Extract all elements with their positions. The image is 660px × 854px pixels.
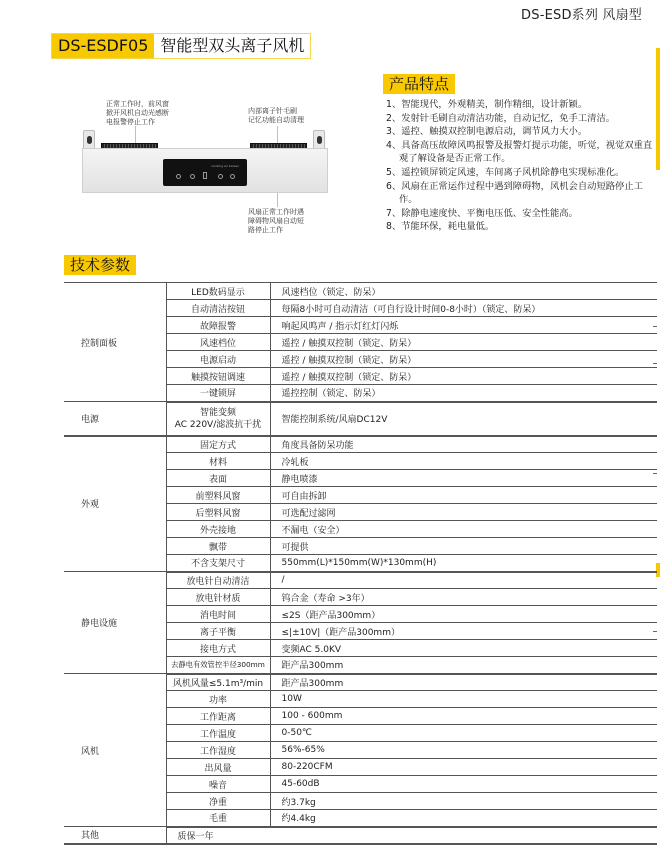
callout-leader [277, 193, 278, 207]
series-label: DS-ESD系列 风扇型 [521, 4, 642, 23]
item-cell: 工作温度 [166, 725, 270, 742]
value-cell: 冷轧板 [270, 453, 657, 470]
value-cell: 10W [270, 691, 657, 708]
panel-brand: ionizing air blower [211, 164, 239, 168]
item-cell: 自动清洁按钮 [166, 300, 270, 317]
category-cell: 外观 [64, 436, 166, 572]
item-cell: 不含支架尺寸 [166, 555, 270, 572]
value-cell: 智能控制系统/风扇DC12V [270, 402, 657, 436]
power-button-icon [176, 174, 181, 179]
table-row: 电源 智能变频 AC 220V/滤波抗干扰 智能控制系统/风扇DC12V [64, 402, 657, 436]
value-cell: 可提供 [270, 538, 657, 555]
item-cell: 净重 [166, 793, 270, 810]
category-cell: 电源 [64, 402, 166, 436]
table-row: 静电设施 放电针自动清洁 / [64, 572, 657, 589]
item-cell: 前塑料风窗 [166, 487, 270, 504]
item-cell: 故障报警 [166, 317, 270, 334]
value-cell: 45-60dB [270, 776, 657, 793]
item-cell: 表面 [166, 470, 270, 487]
value-cell: 可自由拆卸 [270, 487, 657, 504]
product-code: DS-ESDF05 [52, 34, 154, 58]
item-cell: 离子平衡 [166, 623, 270, 640]
item-line: 智能变频 [167, 407, 270, 419]
feature-item: 1、智能现代，外观精美，制作精细，设计新颖。 [386, 98, 656, 112]
table-row: 控制面板 LED数码显示 风速档位（锁定、防呆） [64, 283, 657, 300]
product-title: DS-ESDF05 智能型双头离子风机 [51, 33, 311, 59]
item-line: AC 220V/滤波抗干扰 [167, 419, 270, 431]
control-panel: ionizing air blower [163, 159, 247, 186]
item-cell: LED数码显示 [166, 283, 270, 300]
value-cell: 约3.7kg [270, 793, 657, 810]
category-cell: 其他 [64, 827, 166, 844]
item-cell: 消电时间 [166, 606, 270, 623]
value-cell: 钨合金（寿命 >3年） [270, 589, 657, 606]
value-cell: 遥控 / 触摸双控制（锁定、防呆） [270, 351, 657, 368]
right-accent-bar [656, 48, 660, 170]
item-cell: 固定方式 [166, 436, 270, 453]
value-cell: / [270, 572, 657, 589]
table-row: 风机 风机风量≤5.1m³/min 距产品300mm [64, 674, 657, 691]
features-list: 1、智能现代，外观精美，制作精细，设计新颖。 2、发射针毛刷自动清洁功能，自动记… [386, 98, 656, 234]
spec-heading: 技术参数 [64, 255, 136, 275]
value-cell: ≤|±10V|（距产品300mm） [270, 623, 657, 640]
item-cell: 去静电有效管控半径300mm [166, 657, 270, 674]
feature-item: 3、遥控、触摸双控制电源启动，调节风力大小。 [386, 125, 656, 139]
item-cell: 风机风量≤5.1m³/min [166, 674, 270, 691]
item-cell: 风速档位 [166, 334, 270, 351]
value-cell: 0-50℃ [270, 725, 657, 742]
callout-obstacle: 风扇正常工作时遇 障碍物风扇自动短 路停止工作 [248, 208, 304, 235]
value-cell: 56%-65% [270, 742, 657, 759]
item-cell: 出风量 [166, 759, 270, 776]
item-cell: 触摸按钮调速 [166, 368, 270, 385]
item-cell: 外壳接地 [166, 521, 270, 538]
table-row: 外观 固定方式 角度具备防呆功能 [64, 436, 657, 453]
feature-item: 2、发射针毛刷自动清洁功能，自动记忆，免手工清洁。 [386, 112, 656, 126]
value-cell: 距产品300mm [270, 657, 657, 674]
features-heading: 产品特点 [383, 74, 455, 94]
value-cell: 响起风鸣声 / 指示灯红灯闪烁 [270, 317, 657, 334]
lock-button-icon [230, 174, 235, 179]
value-cell: 遥控 / 触摸双控制（锁定、防呆） [270, 368, 657, 385]
feature-item: 6、风扇在正常运作过程中遇到障碍物，风机会自动短路停止工作。 [386, 180, 656, 207]
item-cell: 功率 [166, 691, 270, 708]
item-cell: 噪音 [166, 776, 270, 793]
feature-item: 8、节能环保，耗电量低。 [386, 220, 656, 234]
item-cell: 电源启动 [166, 351, 270, 368]
callout-brush: 内部离子针毛刷 记忆功能自动清理 [248, 107, 304, 125]
item-cell: 智能变频 AC 220V/滤波抗干扰 [166, 402, 270, 436]
value-cell: 静电喷漆 [270, 470, 657, 487]
category-cell: 静电设施 [64, 572, 166, 674]
plus-button-icon [218, 174, 223, 179]
value-cell: 角度具备防呆功能 [270, 436, 657, 453]
category-cell: 控制面板 [64, 283, 166, 402]
feature-item: 5、遥控锁屏锁定风速，车间离子风机除静电实现标准化。 [386, 166, 656, 180]
value-cell: ≤2S（距产品300mm） [270, 606, 657, 623]
item-cell: 工作湿度 [166, 742, 270, 759]
callout-front-window: 正常工作时，前风窗 掀开风机自动光感断 电报警停止工作 [106, 100, 169, 127]
led-digit-display [203, 172, 207, 179]
item-cell: 放电针材质 [166, 589, 270, 606]
value-cell: 80-220CFM [270, 759, 657, 776]
minus-button-icon [190, 174, 195, 179]
value-cell: 每隔8小时可自动清洁（可自行设计时间0-8小时）（锁定、防呆） [270, 300, 657, 317]
value-cell: 550mm(L)*150mm(W)*130mm(H) [270, 555, 657, 572]
item-cell: 接电方式 [166, 640, 270, 657]
category-cell: 风机 [64, 674, 166, 827]
value-cell: 遥控控制（锁定、防呆） [270, 385, 657, 402]
value-cell: 质保一年 [166, 827, 657, 844]
value-cell: 可选配过滤网 [270, 504, 657, 521]
value-cell: 距产品300mm [270, 674, 657, 691]
feature-item: 7、除静电速度快、平衡电压低、安全性能高。 [386, 207, 656, 221]
feature-item: 4、具备高压故障风鸣报警及报警灯提示功能，听觉，视觉双重直观了解设备是否正常工作… [386, 139, 656, 166]
value-cell: 约4.4kg [270, 810, 657, 827]
value-cell: 遥控 / 触摸双控制（锁定、防呆） [270, 334, 657, 351]
product-image: 正常工作时，前风窗 掀开风机自动光感断 电报警停止工作 内部离子针毛刷 记忆功能… [60, 75, 380, 255]
value-cell: 100 - 600mm [270, 708, 657, 725]
item-cell: 一键锁屏 [166, 385, 270, 402]
item-cell: 放电针自动清洁 [166, 572, 270, 589]
item-cell: 工作距离 [166, 708, 270, 725]
value-cell: 不漏电（安全） [270, 521, 657, 538]
item-cell: 毛重 [166, 810, 270, 827]
spec-table: 控制面板 LED数码显示 风速档位（锁定、防呆） 自动清洁按钮每隔8小时可自动清… [64, 282, 657, 845]
item-cell: 飘带 [166, 538, 270, 555]
value-cell: 风速档位（锁定、防呆） [270, 283, 657, 300]
product-name: 智能型双头离子风机 [154, 34, 310, 58]
item-cell: 材料 [166, 453, 270, 470]
table-row: 其他 质保一年 [64, 827, 657, 844]
item-cell: 后塑料风窗 [166, 504, 270, 521]
value-cell: 变频AC 5.0KV [270, 640, 657, 657]
